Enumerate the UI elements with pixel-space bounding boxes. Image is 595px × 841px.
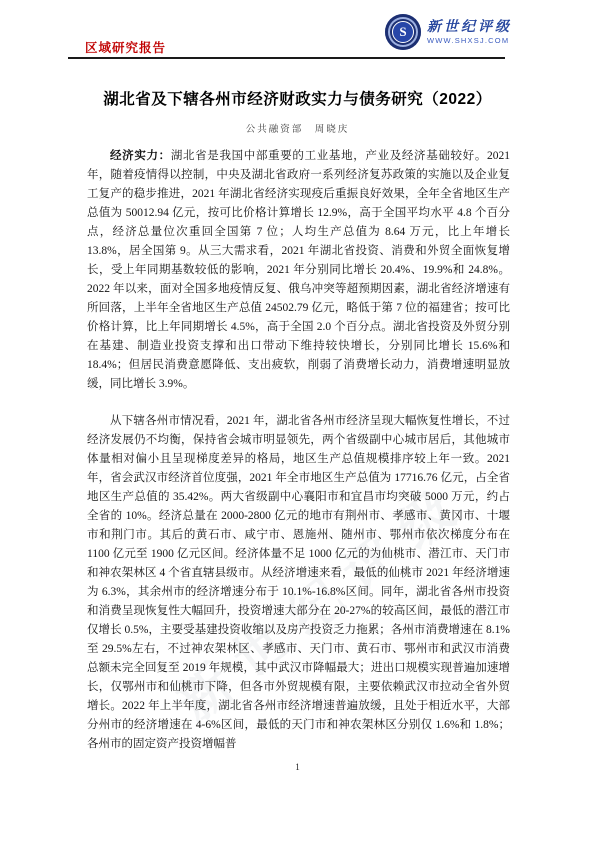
header-divider (68, 57, 505, 59)
paragraph-label: 经济实力： (110, 150, 171, 162)
company-logo: S 新世纪评级 WWW.SHXSJ.COM (385, 14, 512, 50)
logo-emblem-glyph: S (392, 21, 414, 43)
report-type-label: 区域研究报告 (85, 38, 166, 56)
byline: 公共融资部 周晓庆 (0, 121, 595, 135)
paragraph-text: 湖北省是我国中部重要的工业基地，产业及经济基础较好。2021 年，随着疫情得以控… (87, 150, 510, 390)
paragraph-text: 从下辖各州市情况看，2021 年，湖北省各州市经济呈现大幅恢复性增长，不过经济发… (87, 415, 510, 750)
document-body: 经济实力：湖北省是我国中部重要的工业基地，产业及经济基础较好。2021 年，随着… (87, 147, 510, 754)
page-title: 湖北省及下辖各州市经济财政实力与债务研究（2022） (0, 87, 595, 109)
page-number: 1 (0, 762, 595, 772)
document-page: 区域研究报告 S 新世纪评级 WWW.SHXSJ.COM 新世纪评级 湖北省及下… (0, 0, 595, 841)
logo-emblem-icon: S (385, 14, 421, 50)
logo-text: 新世纪评级 WWW.SHXSJ.COM (427, 20, 512, 45)
logo-website: WWW.SHXSJ.COM (427, 36, 509, 45)
paragraph-economic-strength: 经济实力：湖北省是我国中部重要的工业基地，产业及经济基础较好。2021 年，随着… (87, 147, 510, 394)
logo-company-name: 新世纪评级 (427, 20, 512, 36)
paragraph-cities-overview: 从下辖各州市情况看，2021 年，湖北省各州市经济呈现大幅恢复性增长，不过经济发… (87, 412, 510, 754)
